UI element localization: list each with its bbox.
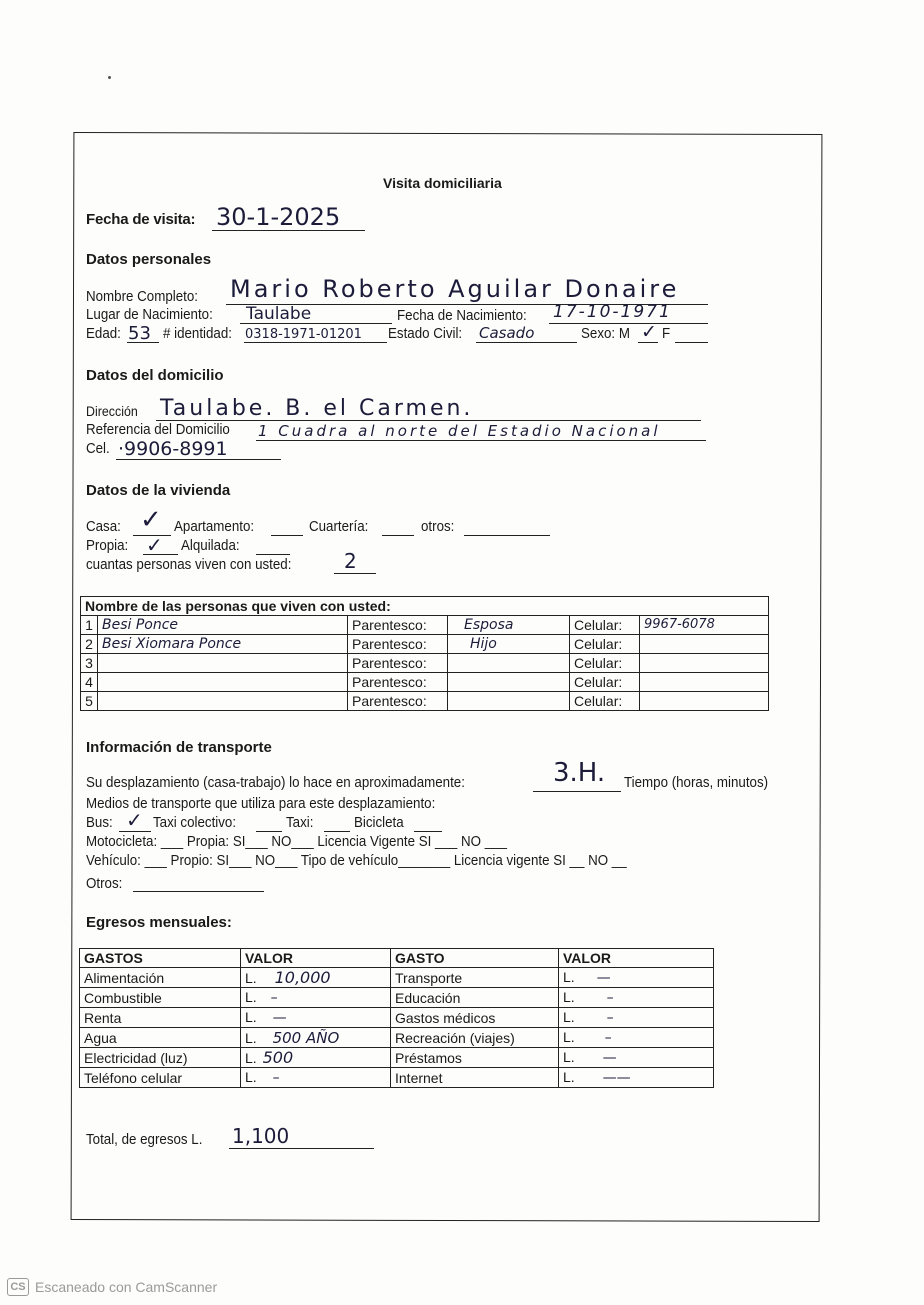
expense-row: Combustible L. – Educación L. – <box>80 988 714 1008</box>
person-name[interactable]: Besi Ponce <box>98 616 348 635</box>
id-value[interactable]: 0318-1971-01201 <box>245 327 362 342</box>
person-relation[interactable]: Hijo <box>448 635 570 654</box>
household-count-value[interactable]: 2 <box>344 549 357 573</box>
transport-others-label: Otros: <box>86 876 122 892</box>
person-phone[interactable] <box>640 692 769 711</box>
apartment-label: Apartamento: <box>174 519 254 535</box>
household-table-header: Nombre de las personas que viven con ust… <box>81 597 769 616</box>
age-value[interactable]: 53 <box>128 323 151 344</box>
household-row: 1 Besi Ponce Parentesco: Esposa Celular:… <box>81 616 769 635</box>
phone-label: Cel. <box>86 441 110 457</box>
expense-value[interactable]: – <box>607 990 614 1006</box>
col-header: VALOR <box>241 949 391 968</box>
birthdate-label: Fecha de Nacimiento: <box>397 308 527 324</box>
own-label: Propia: <box>86 538 128 554</box>
cuarteria-label: Cuartería: <box>309 519 368 535</box>
person-name[interactable] <box>98 692 348 711</box>
sex-m-checkmark[interactable]: ✓ <box>641 321 657 343</box>
household-row: 5 Parentesco: Celular: <box>81 692 769 711</box>
casa-label: Casa: <box>86 519 121 535</box>
expense-value[interactable]: 500 AÑO <box>273 1029 340 1047</box>
expense-value[interactable]: — <box>273 1010 287 1026</box>
household-row: 2 Besi Xiomara Ponce Parentesco: Hijo Ce… <box>81 635 769 654</box>
expenses-table: GASTOS VALOR GASTO VALOR Alimentación L.… <box>79 948 714 1088</box>
address-value[interactable]: Taulabe. B. el Carmen. <box>160 396 473 421</box>
person-phone[interactable] <box>640 635 769 654</box>
expense-row: Alimentación L. 10,000 Transporte L. — <box>80 968 714 988</box>
birthplace-label: Lugar de Nacimiento: <box>86 307 213 323</box>
birthplace-value[interactable]: Taulabe <box>246 304 311 324</box>
person-phone[interactable] <box>640 673 769 692</box>
rented-label: Alquilada: <box>181 538 240 554</box>
camscanner-logo-icon: CS <box>7 1278 29 1296</box>
others-label: otros: <box>421 519 454 535</box>
expense-value[interactable]: — <box>597 970 611 986</box>
motorcycle-line[interactable]: Motocicleta: ___ Propia: SI___ NO___ Lic… <box>86 834 507 850</box>
form-title: Visita domiciliaria <box>383 175 502 191</box>
expense-value[interactable]: – <box>271 990 278 1006</box>
visit-date-label: Fecha de visita: <box>86 211 195 228</box>
person-relation[interactable] <box>448 673 570 692</box>
expense-row: Teléfono celular L. – Internet L. —— <box>80 1068 714 1088</box>
col-header: VALOR <box>559 949 714 968</box>
expense-value[interactable]: —— <box>603 1070 631 1086</box>
expense-row: Renta L. — Gastos médicos L. – <box>80 1008 714 1028</box>
section-personal: Datos personales <box>86 251 211 268</box>
expense-row: Electricidad (luz) L. 500 Préstamos L. — <box>80 1048 714 1068</box>
person-relation[interactable]: Esposa <box>448 616 570 635</box>
reference-label: Referencia del Domicilio <box>86 422 230 438</box>
expense-value[interactable]: – <box>273 1070 280 1086</box>
total-value[interactable]: 1,100 <box>232 1124 289 1148</box>
commute-unit: Tiempo (horas, minutos) <box>624 775 768 791</box>
total-label: Total, de egresos L. <box>86 1132 202 1148</box>
section-home: Datos del domicilio <box>86 367 224 384</box>
sex-label: Sexo: M <box>581 326 630 342</box>
sex-f-label: F <box>662 326 670 342</box>
expense-value[interactable]: – <box>607 1010 614 1026</box>
reference-value[interactable]: 1 Cuadra al norte del Estadio Nacional <box>258 422 661 440</box>
commute-label: Su desplazamiento (casa-trabajo) lo hace… <box>86 775 465 791</box>
age-label: Edad: <box>86 326 121 342</box>
section-housing: Datos de la vivienda <box>86 482 230 499</box>
taxi-colectivo-label: Taxi colectivo: <box>153 815 236 831</box>
id-label: # identidad: <box>163 326 232 342</box>
person-name[interactable] <box>98 673 348 692</box>
phone-value[interactable]: ·9906-8991 <box>118 438 228 460</box>
section-expenses: Egresos mensuales: <box>86 914 232 931</box>
casa-checkmark[interactable]: ✓ <box>140 505 162 535</box>
address-label: Dirección <box>86 404 138 419</box>
taxi-label: Taxi: <box>286 815 313 831</box>
expense-row: Agua L. 500 AÑO Recreación (viajes) L. – <box>80 1028 714 1048</box>
scan-speck <box>108 76 111 79</box>
civil-status-value[interactable]: Casado <box>479 324 534 342</box>
birthdate-value[interactable]: 17-10-1971 <box>553 302 672 322</box>
household-table: Nombre de las personas que viven con ust… <box>80 596 769 711</box>
col-header: GASTO <box>391 949 559 968</box>
camscanner-watermark: CS Escaneado con CamScanner <box>7 1277 217 1297</box>
household-count-label: cuantas personas viven con usted: <box>86 557 291 573</box>
expense-value[interactable]: – <box>605 1030 612 1046</box>
person-name[interactable] <box>98 654 348 673</box>
person-phone[interactable] <box>640 654 769 673</box>
bus-label: Bus: <box>86 815 113 831</box>
person-relation[interactable] <box>448 692 570 711</box>
household-row: 3 Parentesco: Celular: <box>81 654 769 673</box>
expense-value[interactable]: 500 <box>263 1048 294 1067</box>
visit-date-value[interactable]: 30-1-2025 <box>216 203 340 231</box>
bus-checkmark[interactable]: ✓ <box>126 808 143 832</box>
commute-value[interactable]: 3.H. <box>553 758 605 788</box>
civil-status-label: Estado Civil: <box>388 326 462 342</box>
person-relation[interactable] <box>448 654 570 673</box>
person-phone[interactable]: 9967-6078 <box>640 616 769 635</box>
name-label: Nombre Completo: <box>86 289 198 305</box>
expense-value[interactable]: — <box>603 1050 617 1066</box>
name-value[interactable]: Mario Roberto Aguilar Donaire <box>230 275 679 303</box>
col-header: GASTOS <box>80 949 241 968</box>
person-name[interactable]: Besi Xiomara Ponce <box>98 635 348 654</box>
section-transport: Información de transporte <box>86 739 272 756</box>
camscanner-text: Escaneado con CamScanner <box>35 1279 217 1295</box>
household-row: 4 Parentesco: Celular: <box>81 673 769 692</box>
expense-value[interactable]: 10,000 <box>275 968 331 987</box>
own-checkmark[interactable]: ✓ <box>146 533 163 557</box>
bicycle-label: Bicicleta <box>354 815 404 831</box>
vehicle-line[interactable]: Vehículo: ___ Propio: SI___ NO___ Tipo d… <box>86 853 627 869</box>
